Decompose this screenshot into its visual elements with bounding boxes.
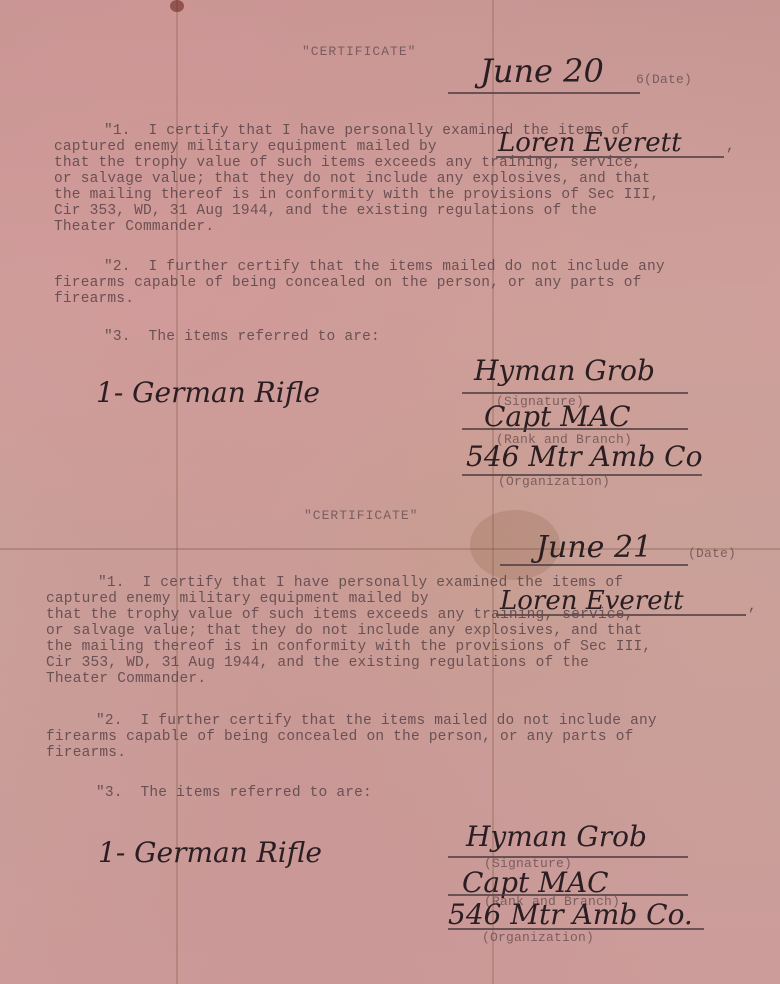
organization-handwritten: 546 Mtr Amb Co.	[448, 898, 693, 931]
date-handwritten: June 20	[480, 52, 604, 90]
para1-line2-end: ,	[726, 140, 735, 156]
signature-handwritten: Hyman Grob	[474, 354, 655, 387]
rank-line	[462, 428, 688, 430]
para2-line2: firearms capable of being concealed on t…	[54, 276, 642, 292]
para2-line3: firearms.	[46, 746, 126, 762]
para1-line6: Cir 353, WD, 31 Aug 1944, and the existi…	[46, 656, 589, 672]
date-handwritten: June 21	[536, 530, 652, 565]
date-label: (Date)	[688, 546, 736, 562]
items-handwritten: 1- German Rifle	[96, 376, 320, 409]
para3-line1: "3. The items referred to are:	[96, 786, 372, 802]
para3-line1: "3. The items referred to are:	[104, 330, 380, 346]
date-line	[500, 564, 688, 566]
para1-line3: that the trophy value of such items exce…	[46, 608, 634, 624]
para2-line3: firearms.	[54, 292, 134, 308]
para1-line4: or salvage value; that they do not inclu…	[54, 172, 650, 188]
date-label: 6(Date)	[636, 72, 692, 88]
mailed-by-handwritten: Loren Everett	[498, 128, 682, 158]
para1-line7: Theater Commander.	[54, 220, 214, 236]
organization-label: (Organization)	[482, 930, 594, 946]
para1-line2: captured enemy military equipment mailed…	[46, 592, 429, 608]
para1-line5: the mailing thereof is in conformity wit…	[54, 188, 659, 204]
organization-label: (Organization)	[498, 474, 610, 490]
para2-line2: firearms capable of being concealed on t…	[46, 730, 634, 746]
certificate-title: "CERTIFICATE"	[304, 508, 418, 524]
organization-handwritten: 546 Mtr Amb Co	[466, 440, 702, 473]
paper-stain	[170, 0, 184, 12]
para1-line5: the mailing thereof is in conformity wit…	[46, 640, 651, 656]
para1-line2: captured enemy military equipment mailed…	[54, 140, 437, 156]
para1-line4: or salvage value; that they do not inclu…	[46, 624, 642, 640]
para1-line7: Theater Commander.	[46, 672, 206, 688]
para1-line3: that the trophy value of such items exce…	[54, 156, 642, 172]
para2-line1: "2. I further certify that the items mai…	[96, 714, 657, 730]
paper-fold-horizontal	[0, 548, 780, 550]
date-line	[448, 92, 640, 94]
certificate-title: "CERTIFICATE"	[302, 44, 416, 60]
items-handwritten: 1- German Rifle	[98, 836, 322, 869]
para1-line2-end: ,	[748, 600, 757, 616]
para1-line6: Cir 353, WD, 31 Aug 1944, and the existi…	[54, 204, 597, 220]
signature-handwritten: Hyman Grob	[466, 820, 647, 853]
para2-line1: "2. I further certify that the items mai…	[104, 260, 665, 276]
